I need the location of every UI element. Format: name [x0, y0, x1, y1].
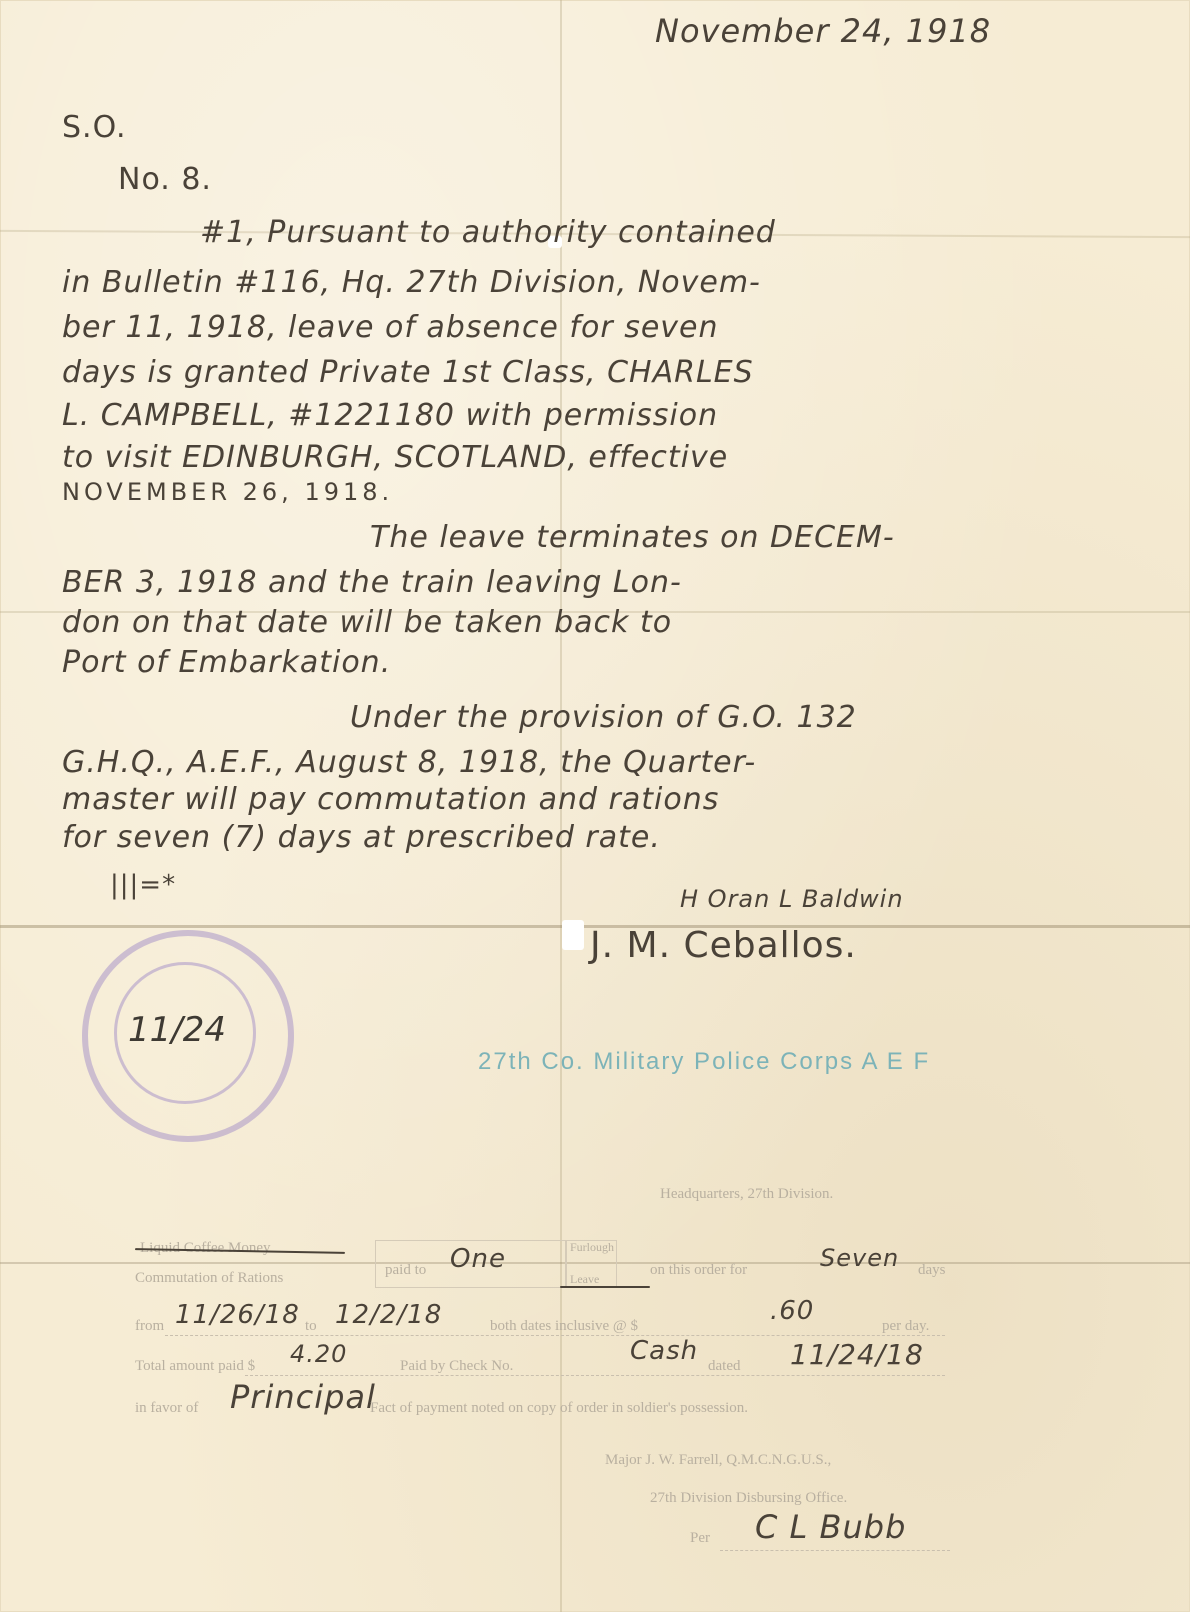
form-label-paid-by: Paid by Check No. [400, 1358, 513, 1375]
order-number: No. 8. [118, 162, 212, 197]
stamp-handwritten-date: 11/24 [128, 1010, 226, 1050]
order-prefix: S.O. [62, 110, 127, 145]
body-line: G.H.Q., A.E.F., August 8, 1918, the Quar… [62, 745, 756, 780]
form-dotted-line [165, 1335, 945, 1337]
in-favor-value: Principal [230, 1378, 376, 1416]
form-label-in-favor: in favor of [135, 1400, 198, 1417]
form-label-to: to [305, 1318, 317, 1335]
form-label-order-for: on this order for [650, 1262, 747, 1279]
document-page: November 24, 1918 S.O. No. 8. #1, Pursua… [0, 0, 1190, 1612]
from-value: 11/26/18 [175, 1300, 300, 1330]
officer-office: 27th Division Disbursing Office. [650, 1490, 847, 1507]
document-date: November 24, 1918 [655, 12, 991, 50]
body-line: NOVEMBER 26, 1918. [62, 478, 393, 506]
form-dotted-line [245, 1375, 945, 1377]
form-label-dated: dated [708, 1358, 740, 1375]
paid-to-value: One [450, 1244, 506, 1274]
total-value: 4.20 [290, 1340, 347, 1368]
form-label-furlough: Furlough [570, 1240, 614, 1255]
unit-stamp: 27th Co. Military Police Corps A E F [478, 1048, 930, 1076]
body-line: #1, Pursuant to authority contained [200, 215, 776, 250]
form-fact-of-payment: Fact of payment noted on copy of order i… [370, 1400, 748, 1417]
authority-signature: H Oran L Baldwin [680, 885, 904, 913]
body-line: The leave terminates on DECEM- [370, 520, 895, 555]
body-line: in Bulletin #116, Hq. 27th Division, Nov… [62, 265, 761, 300]
paid-by-value: Cash [630, 1336, 698, 1366]
signature-name: J. M. Ceballos. [590, 925, 857, 966]
body-line: days is granted Private 1st Class, CHARL… [62, 355, 754, 390]
body-line: ber 11, 1918, leave of absence for seven [62, 310, 719, 345]
body-line: Port of Embarkation. [62, 645, 391, 680]
form-label-paid-to: paid to [385, 1262, 426, 1279]
form-label-days: days [918, 1262, 946, 1279]
form-label-total: Total amount paid $ [135, 1358, 255, 1375]
per-signature: C L Bubb [755, 1508, 906, 1546]
form-label-inclusive: both dates inclusive @ $ [490, 1318, 638, 1335]
officer-name: Major J. W. Farrell, Q.M.C.N.G.U.S., [605, 1452, 831, 1469]
body-line: Under the provision of G.O. 132 [350, 700, 857, 735]
form-dotted-line [720, 1550, 950, 1552]
form-header: Headquarters, 27th Division. [660, 1186, 833, 1203]
to-value: 12/2/18 [335, 1300, 442, 1330]
body-line: BER 3, 1918 and the train leaving Lon- [62, 565, 682, 600]
rate-value: .60 [770, 1296, 814, 1326]
form-label-per-day: per day. [882, 1318, 929, 1335]
form-label-per: Per [690, 1530, 710, 1547]
form-label-leave: Leave [570, 1272, 599, 1287]
form-label-from: from [135, 1318, 164, 1335]
form-label-commutation: Commutation of Rations [135, 1270, 283, 1287]
body-line: L. CAMPBELL, #1221180 with permission [62, 398, 718, 433]
strikethrough-line [560, 1286, 650, 1288]
body-line: master will pay commutation and rations [62, 782, 719, 817]
margin-mark: |||=* [110, 870, 176, 900]
body-line: for seven (7) days at prescribed rate. [62, 820, 661, 855]
body-line: to visit EDINBURGH, SCOTLAND, effective [62, 440, 728, 475]
paper-hole [562, 920, 584, 950]
days-value: Seven [820, 1244, 899, 1272]
dated-value: 11/24/18 [790, 1338, 924, 1371]
body-line: don on that date will be taken back to [62, 605, 672, 640]
